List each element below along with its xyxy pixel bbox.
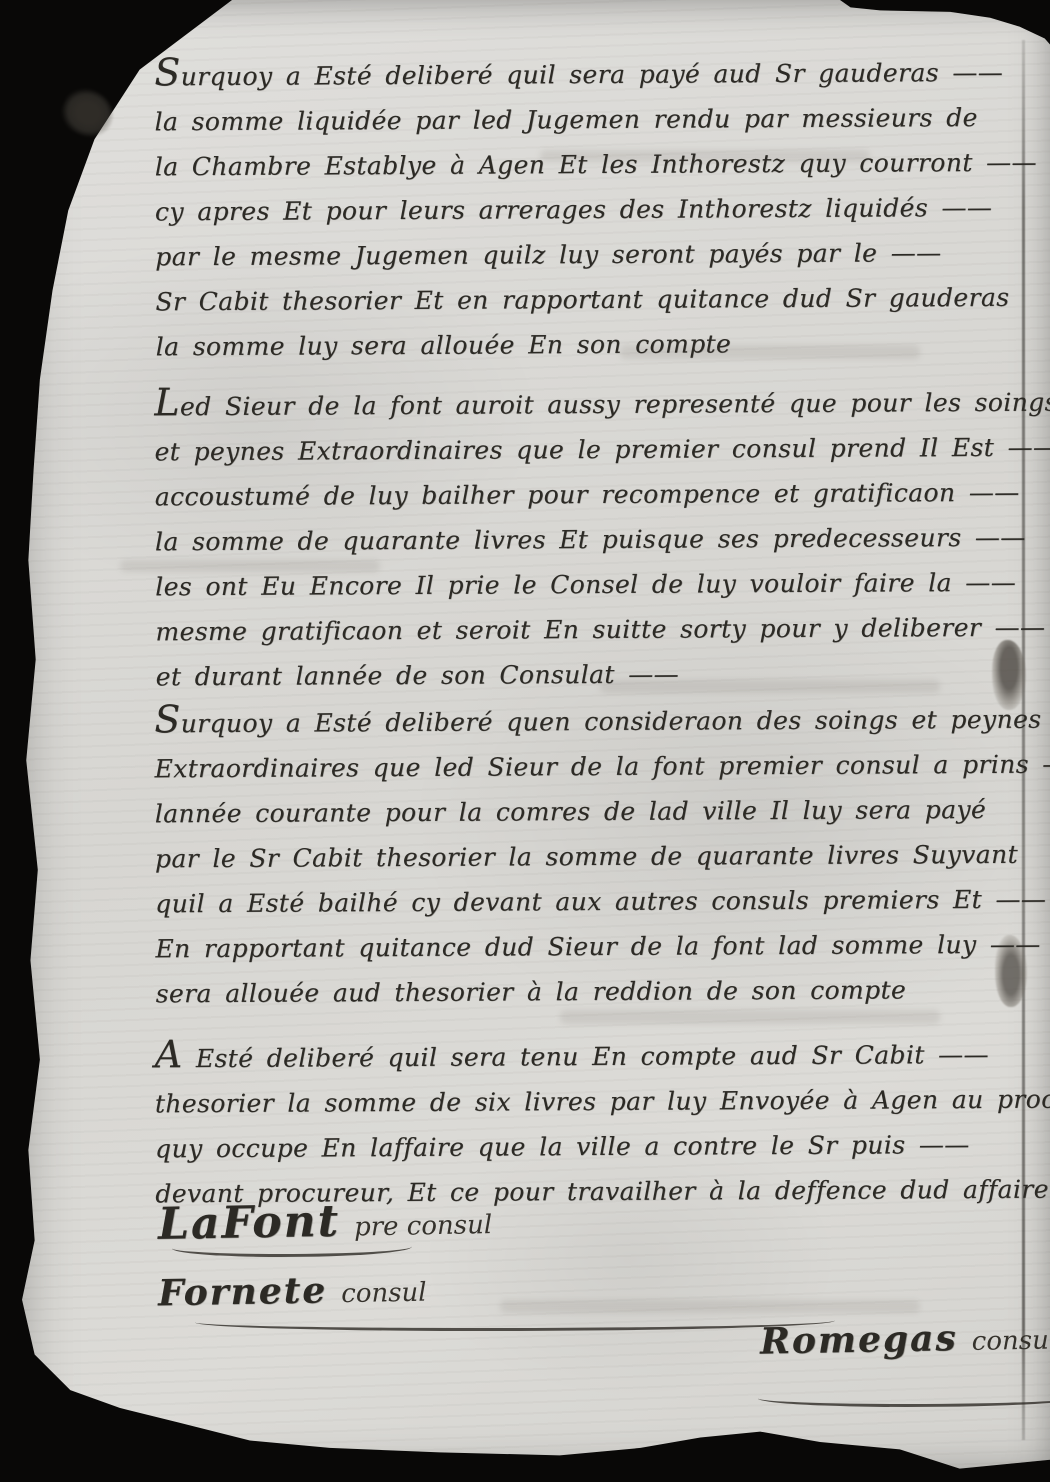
manuscript-line: En rapportant quitance dud Sieur de la f… <box>155 922 1045 972</box>
manuscript-line: et durant lannée de son Consulat —— <box>156 650 1046 700</box>
signature-fornete: Forneteconsul <box>158 1268 427 1315</box>
manuscript-line: accoustumé de luy bailher pour recompenc… <box>155 470 1045 520</box>
paragraph-representation-la-font: Led Sieur de la font auroit aussy repres… <box>154 376 1046 700</box>
manuscript-line: sera allouée aud thesorier à la reddion … <box>156 967 1046 1017</box>
signature-name: Fornete <box>158 1269 328 1314</box>
manuscript-line: Sr Cabit thesorier Et en rapportant quit… <box>155 275 1045 325</box>
manuscript-line: la Chambre Establye à Agen Et les Inthor… <box>155 140 1045 190</box>
manuscript-line: quy occupe En laffaire que la ville a co… <box>155 1122 1045 1172</box>
manuscript-line: quil a Esté bailhé cy devant aux autres … <box>155 877 1045 927</box>
manuscript-line: les ont Eu Encore Il prie le Consel de l… <box>155 560 1045 610</box>
manuscript-line: thesorier la somme de six livres par luy… <box>155 1077 1045 1127</box>
signature-name: Romegas <box>760 1317 958 1362</box>
manuscript-line: Surquoy a Esté deliberé quil sera payé a… <box>154 46 1044 100</box>
paragraph-deliberation-gratification: Surquoy a Esté deliberé quen consideraon… <box>154 693 1046 1017</box>
signature-title: consul <box>972 1325 1050 1356</box>
manuscript-line: Led Sieur de la font auroit aussy repres… <box>154 376 1044 430</box>
manuscript-line: A Esté deliberé quil sera tenu En compte… <box>155 1028 1045 1082</box>
signature-title: consul <box>341 1278 427 1309</box>
manuscript-line: par le Sr Cabit thesorier la somme de qu… <box>155 832 1045 882</box>
paragraph-deliberation-six-livres: A Esté deliberé quil sera tenu En compte… <box>155 1028 1046 1217</box>
paragraph-deliberation-gauderas: Surquoy a Esté deliberé quil sera payé a… <box>154 46 1046 370</box>
manuscript-line: mesme gratificaon et seroit En suitte so… <box>155 605 1045 655</box>
manuscript-line: la somme luy sera allouée En son compte <box>156 320 1046 370</box>
manuscript-line: la somme liquidée par led Jugemen rendu … <box>154 95 1044 145</box>
manuscript-line: lannée courante pour la comres de lad vi… <box>155 787 1045 837</box>
signature-flourish <box>758 1388 1050 1407</box>
manuscript-line: Surquoy a Esté deliberé quen consideraon… <box>154 693 1044 747</box>
manuscript-line: la somme de quarante livres Et puisque s… <box>155 515 1045 565</box>
manuscript-line: Extraordinaires que led Sieur de la font… <box>154 742 1044 792</box>
signature-romegas: Romegasconsul <box>760 1315 1050 1362</box>
manuscript-line: cy apres Et pour leurs arrerages des Int… <box>155 185 1045 235</box>
manuscript-line: et peynes Extraordinaires que le premier… <box>154 425 1044 475</box>
manuscript-line: par le mesme Jugemen quilz luy seront pa… <box>155 230 1045 280</box>
